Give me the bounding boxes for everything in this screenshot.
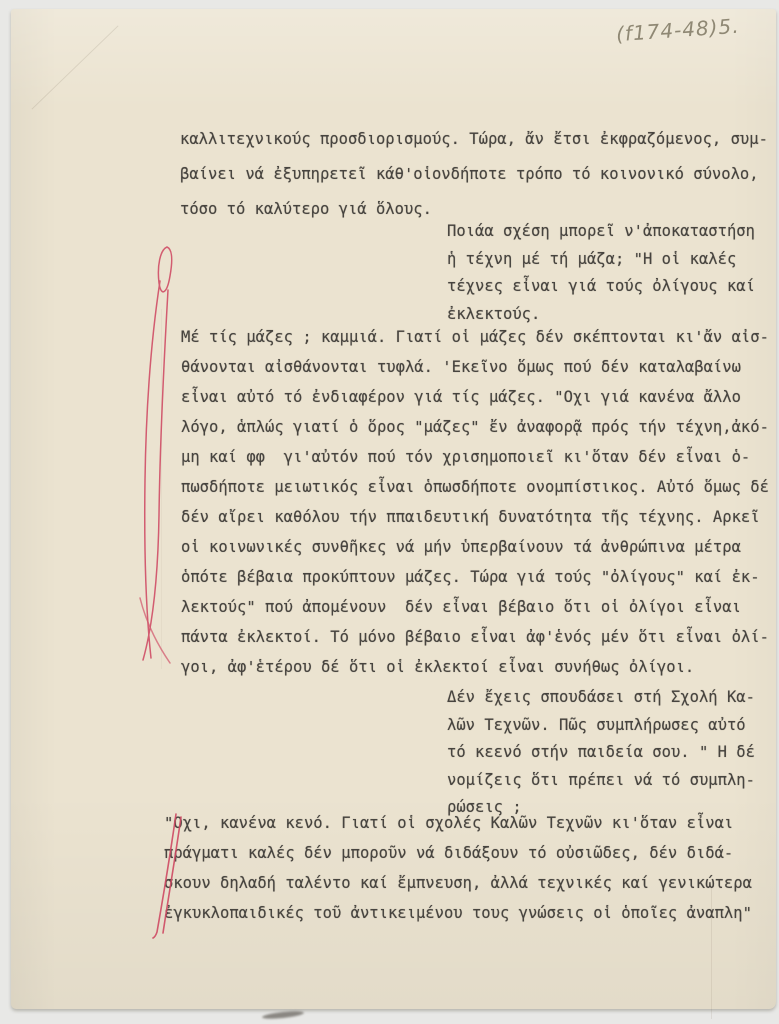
- text-line: θάνονται αἰσθάνονται τυφλά. 'Εκεῖνο ὅμως…: [181, 352, 769, 382]
- text-line: ἡ τέχνη μέ τή μάζα; "Η οἱ καλές: [447, 246, 755, 274]
- text-line: μη καί φφ γι'αὐτόν πού τόν χρισημοποιεῖ …: [181, 442, 769, 472]
- paragraph-3: "Οχι, κανένα κενό. Γιατί οἱ σχολές Καλῶν…: [164, 808, 752, 928]
- text-line: εἶναι αὐτό τό ἐνδιαφέρον γιά τίς μάζες. …: [181, 382, 769, 412]
- text-line: Δέν ἔχεις σπουδάσει στή Σχολή Κα-: [447, 684, 755, 712]
- text-line: λῶν Τεχνῶν. Πῶς συμπλήρωσες αὐτό: [447, 712, 755, 740]
- paragraph-2: Μέ τίς μάζες ; καμμιά. Γιατί οἱ μάζες δέ…: [181, 322, 769, 682]
- interview-question-2: Δέν ἔχεις σπουδάσει στή Σχολή Κα- λῶν Τε…: [447, 684, 755, 822]
- text-line: τέχνες εἶναι γιά τούς ὀλίγους καί: [447, 273, 755, 301]
- scanned-page: (f174-48)5. καλλιτεχνικούς προσδιορισμού…: [0, 0, 779, 1024]
- text-line: καλλιτεχνικούς προσδιορισμούς. Τώρα, ἄν …: [180, 122, 768, 157]
- text-line: δέν αἴρει καθόλου τήν ππαιδευτική δυνατό…: [181, 502, 769, 532]
- text-line: ὁπότε βέβαια προκύπτουν μάζες. Τώρα γιά …: [181, 562, 769, 592]
- text-line: βαίνει νά ἐξυπηρετεῖ κάθ'οἱονδήποτε τρόπ…: [180, 157, 768, 192]
- scan-smudge: [262, 1010, 304, 1020]
- text-line: Ποιάα σχέση μπορεῖ ν'ἀποκαταστήση: [447, 218, 755, 246]
- text-line: οἱ κοινωνικές συνθῆκες νά μήν ὑπερβαίνου…: [181, 532, 769, 562]
- text-line: λόγο, ἁπλώς γιατί ὁ ὅρος "μάζες" ἔν ἀναφ…: [181, 412, 769, 442]
- text-line: πράγματι καλές δέν μποροῦν νά διδάξουν τ…: [164, 838, 752, 868]
- text-line: νομίζεις ὅτι πρέπει νά τό συμπλη-: [447, 767, 755, 795]
- text-line: "Οχι, κανένα κενό. Γιατί οἱ σχολές Καλῶν…: [164, 808, 752, 838]
- paragraph-1: καλλιτεχνικούς προσδιορισμούς. Τώρα, ἄν …: [180, 122, 768, 227]
- paper-crease: [31, 25, 118, 109]
- text-line: Μέ τίς μάζες ; καμμιά. Γιατί οἱ μάζες δέ…: [181, 322, 769, 352]
- interview-question-1: Ποιάα σχέση μπορεῖ ν'ἀποκαταστήση ἡ τέχν…: [447, 218, 755, 328]
- text-line: ἐγκυκλοπαιδικές τοῦ ἀντικειμένου τους γν…: [164, 898, 752, 928]
- text-line: τό κεενό στήν παιδεία σου. " Η δέ: [447, 739, 755, 767]
- paper-crease: [161, 309, 162, 669]
- text-line: σκουν δηλαδή ταλέντο καί ἔμπνευση, ἀλλά …: [164, 868, 752, 898]
- text-line: λεκτούς" πού ἀπομένουν δέν εἶναι βέβαιο …: [181, 592, 769, 622]
- text-line: πάντα ἐκλεκτοί. Τό μόνο βέβαιο εἶναι ἀφ'…: [181, 622, 769, 652]
- text-line: πωσδήποτε μειωτικός εἶναι ὁπωσδήποτε ονο…: [181, 472, 769, 502]
- text-line: γοι, ἀφ'ἑτέρου δέ ὅτι οἱ ἐκλεκτοί εἶναι …: [181, 652, 769, 682]
